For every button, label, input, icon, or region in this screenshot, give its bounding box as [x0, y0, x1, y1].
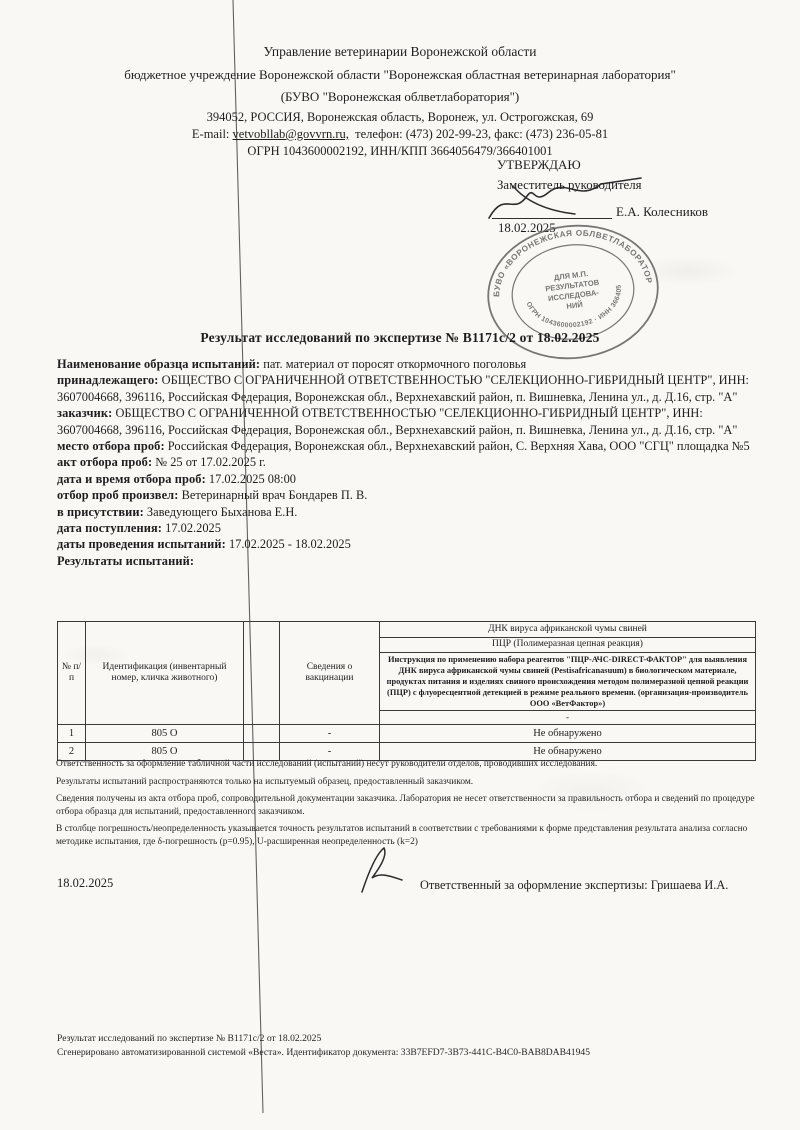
detail-label: в присутствии: — [57, 505, 144, 519]
detail-label: место отбора проб: — [57, 439, 165, 453]
detail-line-witness: в присутствии: Заведующего Быханова Е.Н. — [57, 504, 757, 520]
detail-line-results-heading: Результаты испытаний: — [57, 553, 757, 569]
note-scope: Результаты испытаний распространяются то… — [56, 776, 758, 789]
approval-date: 18.02.2025 — [498, 221, 556, 236]
stamp-center-line1: ДЛЯ М.П. — [553, 269, 588, 282]
col-header-blank — [244, 622, 280, 725]
org-header: Управление ветеринарии Воронежской облас… — [0, 44, 800, 159]
email-label: E-mail: — [192, 127, 230, 141]
detail-label: акт отбора проб: — [57, 455, 152, 469]
detail-line-datetime: дата и время отбора проб: 17.02.2025 08:… — [57, 471, 757, 487]
detail-label: Наименование образца испытаний: — [57, 357, 260, 371]
report-title: Результат исследований по экспертизе № В… — [0, 330, 800, 346]
footer-generated-by: Сгенерировано автоматизированной системо… — [57, 1046, 590, 1060]
cell-num: 1 — [58, 725, 86, 743]
stamp-center-line3: ИССЛЕДОВА- — [548, 288, 600, 303]
note-uncertainty: В столбце погрешность/неопределенность у… — [56, 823, 758, 848]
detail-line-customer: заказчик: ОБЩЕСТВО С ОГРАНИЧЕННОЙ ОТВЕТС… — [57, 405, 757, 438]
cell-id: 805 О — [86, 725, 244, 743]
approver-name: Е.А. Колесников — [616, 204, 708, 220]
detail-line-test-dates: даты проведения испытаний: 17.02.2025 - … — [57, 536, 757, 552]
detail-line-received: дата поступления: 17.02.2025 — [57, 520, 757, 536]
footer-expertise-ref: Результат исследований по экспертизе № В… — [57, 1032, 590, 1046]
org-phone-fax: телефон: (473) 202-99-23, факс: (473) 23… — [355, 127, 608, 141]
detail-label: даты проведения испытаний: — [57, 537, 226, 551]
executor-label: Ответственный за оформление экспертизы: … — [420, 878, 728, 893]
detail-value: пат. материал от поросят откормочного по… — [263, 357, 526, 371]
detail-value: ОБЩЕСТВО С ОГРАНИЧЕННОЙ ОТВЕТСТВЕННОСТЬЮ… — [57, 406, 737, 436]
table-row: 1 805 О - Не обнаружено — [58, 725, 756, 743]
stamp-inner-text: ОГРН 1043600002192 · ИНН 3664056479 — [478, 220, 627, 341]
org-institution: бюджетное учреждение Воронежской области… — [0, 67, 800, 83]
col-header-test-name: ДНК вируса африканской чумы свиней — [380, 622, 756, 638]
org-ogrn-inn: ОГРН 1043600002192, ИНН/КПП 3664056479/3… — [0, 144, 800, 159]
col-header-instruction: Инструкция по применению набора реагенто… — [380, 653, 756, 711]
col-header-uncertainty: - — [380, 711, 756, 725]
detail-line-owner: принадлежащего: ОБЩЕСТВО С ОГРАНИЧЕННОЙ … — [57, 372, 757, 405]
detail-line-sampler: отбор проб произвел: Ветеринарный врач Б… — [57, 487, 757, 503]
detail-value: № 25 от 17.02.2025 г. — [155, 455, 266, 469]
org-authority: Управление ветеринарии Воронежской облас… — [0, 44, 800, 60]
detail-value: Российская Федерация, Воронежская обл., … — [168, 439, 750, 453]
stamp-center-line2: РЕЗУЛЬТАТОВ — [545, 278, 600, 294]
col-header-num: № п/п — [58, 622, 86, 725]
detail-label: дата поступления: — [57, 521, 162, 535]
col-header-method: ПЦР (Полимеразная цепная реакция) — [380, 638, 756, 653]
signature-line — [492, 218, 612, 219]
org-email: vetvobllab@govvrn.ru, — [233, 127, 349, 141]
cell-blank — [244, 725, 280, 743]
org-short-name: (БУВО "Воронежская облветлаборатория") — [0, 89, 800, 105]
detail-label: дата и время отбора проб: — [57, 472, 206, 486]
cell-vacc: - — [280, 725, 380, 743]
detail-line-sample: Наименование образца испытаний: пат. мат… — [57, 356, 757, 372]
note-responsibility: Ответственность за оформление табличной … — [56, 758, 758, 771]
sample-details: Наименование образца испытаний: пат. мат… — [57, 356, 757, 569]
footnotes: Ответственность за оформление табличной … — [56, 758, 758, 854]
cell-result: Не обнаружено — [380, 725, 756, 743]
scanned-document-page: Управление ветеринарии Воронежской облас… — [0, 0, 800, 1130]
signoff-date: 18.02.2025 — [57, 876, 113, 891]
detail-line-place: место отбора проб: Российская Федерация,… — [57, 438, 757, 454]
detail-value: 17.02.2025 — [165, 521, 221, 535]
col-header-id: Идентификация (инвентарный номер, кличка… — [86, 622, 244, 725]
detail-value: 17.02.2025 08:00 — [209, 472, 296, 486]
doc-footer: Результат исследований по экспертизе № В… — [57, 1032, 590, 1060]
detail-label: заказчик: — [57, 406, 112, 420]
stamp-center-line4: НИЙ — [566, 300, 583, 311]
detail-label: отбор проб произвел: — [57, 488, 178, 502]
results-table: № п/п Идентификация (инвентарный номер, … — [57, 621, 756, 761]
note-sampling-info: Сведения получены из акта отбора проб, с… — [56, 793, 758, 818]
approval-heading: УТВЕРЖДАЮ — [497, 157, 581, 173]
detail-value: ОБЩЕСТВО С ОГРАНИЧЕННОЙ ОТВЕТСТВЕННОСТЬЮ… — [57, 373, 749, 403]
svg-text:ОГРН 1043600002192 · ИНН 36640: ОГРН 1043600002192 · ИНН 3664056479 — [478, 220, 627, 341]
col-header-vacc: Сведения о вакцинации — [280, 622, 380, 725]
detail-value: Ветеринарный врач Бондарев П. В. — [182, 488, 368, 502]
detail-value: Заведующего Быханова Е.Н. — [147, 505, 297, 519]
detail-value: 17.02.2025 - 18.02.2025 — [229, 537, 351, 551]
detail-label: Результаты испытаний: — [57, 554, 194, 568]
detail-line-act: акт отбора проб: № 25 от 17.02.2025 г. — [57, 454, 757, 470]
org-contacts: E-mail: vetvobllab@govvrn.ru, телефон: (… — [0, 127, 800, 142]
approver-position: Заместитель руководителя — [497, 178, 641, 193]
org-address: 394052, РОССИЯ, Воронежская область, Вор… — [0, 110, 800, 125]
detail-label: принадлежащего: — [57, 373, 159, 387]
